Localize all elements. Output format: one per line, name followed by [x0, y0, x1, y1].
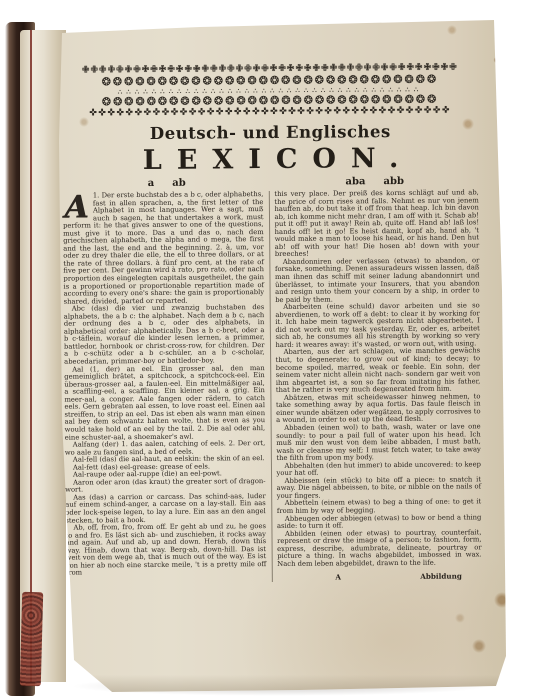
subtitle-fraktur: Deutsch- und Englisches [62, 121, 478, 143]
dictionary-entry: Abbilden (einen oder etwas) to pourtray,… [277, 529, 482, 568]
catchword: Abbildung [420, 572, 462, 581]
dictionary-entry: Abarten, aus der art schlagen, wie manch… [276, 348, 481, 395]
signature-mark: A [335, 573, 341, 582]
ornamental-headpiece: ✙✙✙✙✙✙✙✙✙✙✙✙✙✙✙✙✙✙✙✙✙✙✙✙✙✙✙✙✙✙✙✙✙✙✙✙✙✙✙✙… [62, 62, 478, 119]
dictionary-entry: this very place. Der preiß des korns sch… [274, 189, 479, 259]
guide-word: a [148, 178, 155, 190]
dictionary-entry: Abc (das) die vier und zwanzig buchstabe… [64, 304, 265, 366]
book-photo: ✙✙✙✙✙✙✙✙✙✙✙✙✙✙✙✙✙✙✙✙✙✙✙✙✙✙✙✙✙✙✙✙✙✙✙✙✙✙✙✙… [0, 0, 534, 700]
guide-word: aba [345, 176, 365, 188]
dictionary-entry: Abarbeiten (eine schuld) davor arbeiten … [275, 303, 480, 350]
drop-cap-initial: A [63, 193, 90, 222]
right-column: this very place. Der preiß des korns sch… [268, 189, 482, 582]
ornament-row-crosses-icon: ✜✜✜✜✜✜✜✜✜✜✜✜✜✜✜✜✜✜✜✜✜✜✜✜✜✜✜✜✜✜✜✜✜✜✜✜✜✜✜✜ [62, 105, 478, 119]
right-column-entries: this very place. Der preiß des korns sch… [274, 189, 481, 568]
dictionary-entry: Abätzen, etwas mit scheidewasser hinweg … [276, 393, 481, 425]
page-edges-gutter [20, 30, 66, 682]
dictionary-entry: Abbeissen (ein stück) to bite off a piec… [277, 476, 482, 500]
dictionary-entry: Abbaden (einen wol) to bath, wash, water… [276, 423, 481, 462]
dictionary-entry: Aas (das) a carrion or carcass. Das schi… [65, 493, 266, 525]
signature-line: A Abbildung [277, 572, 482, 583]
book-page: ✙✙✙✙✙✙✙✙✙✙✙✙✙✙✙✙✙✙✙✙✙✙✙✙✙✙✙✙✙✙✙✙✙✙✙✙✙✙✙✙… [0, 0, 534, 700]
left-column: A 1. Der erste buchstab des a b c, oder … [63, 191, 272, 584]
dictionary-entry: Abandonniren oder verlassen (etwas) to a… [275, 257, 480, 304]
text-columns: A 1. Der erste buchstab des a b c, oder … [63, 189, 482, 584]
right-column-guide-words: aba abb [271, 175, 479, 189]
guide-word: ab [172, 178, 186, 190]
page-title: LEXICON. [62, 143, 478, 176]
dictionary-entry: 1. Der erste buchstab des a b c, oder al… [63, 191, 264, 306]
printed-area: ✙✙✙✙✙✙✙✙✙✙✙✙✙✙✙✙✙✙✙✙✙✙✙✙✙✙✙✙✙✙✙✙✙✙✙✙✙✙✙✙… [62, 55, 483, 633]
left-column-guide-words: a ab [63, 177, 271, 191]
guide-word: abb [383, 176, 404, 188]
left-column-entries: 1. Der erste buchstab des a b c, oder al… [63, 191, 267, 577]
dictionary-entry: Ab, off, from, fro, from off. Er geht ab… [65, 523, 266, 577]
dictionary-entry: Aal (1, der) an eel. Ein grosser aal, de… [64, 365, 265, 442]
marbled-endpaper [20, 592, 43, 687]
